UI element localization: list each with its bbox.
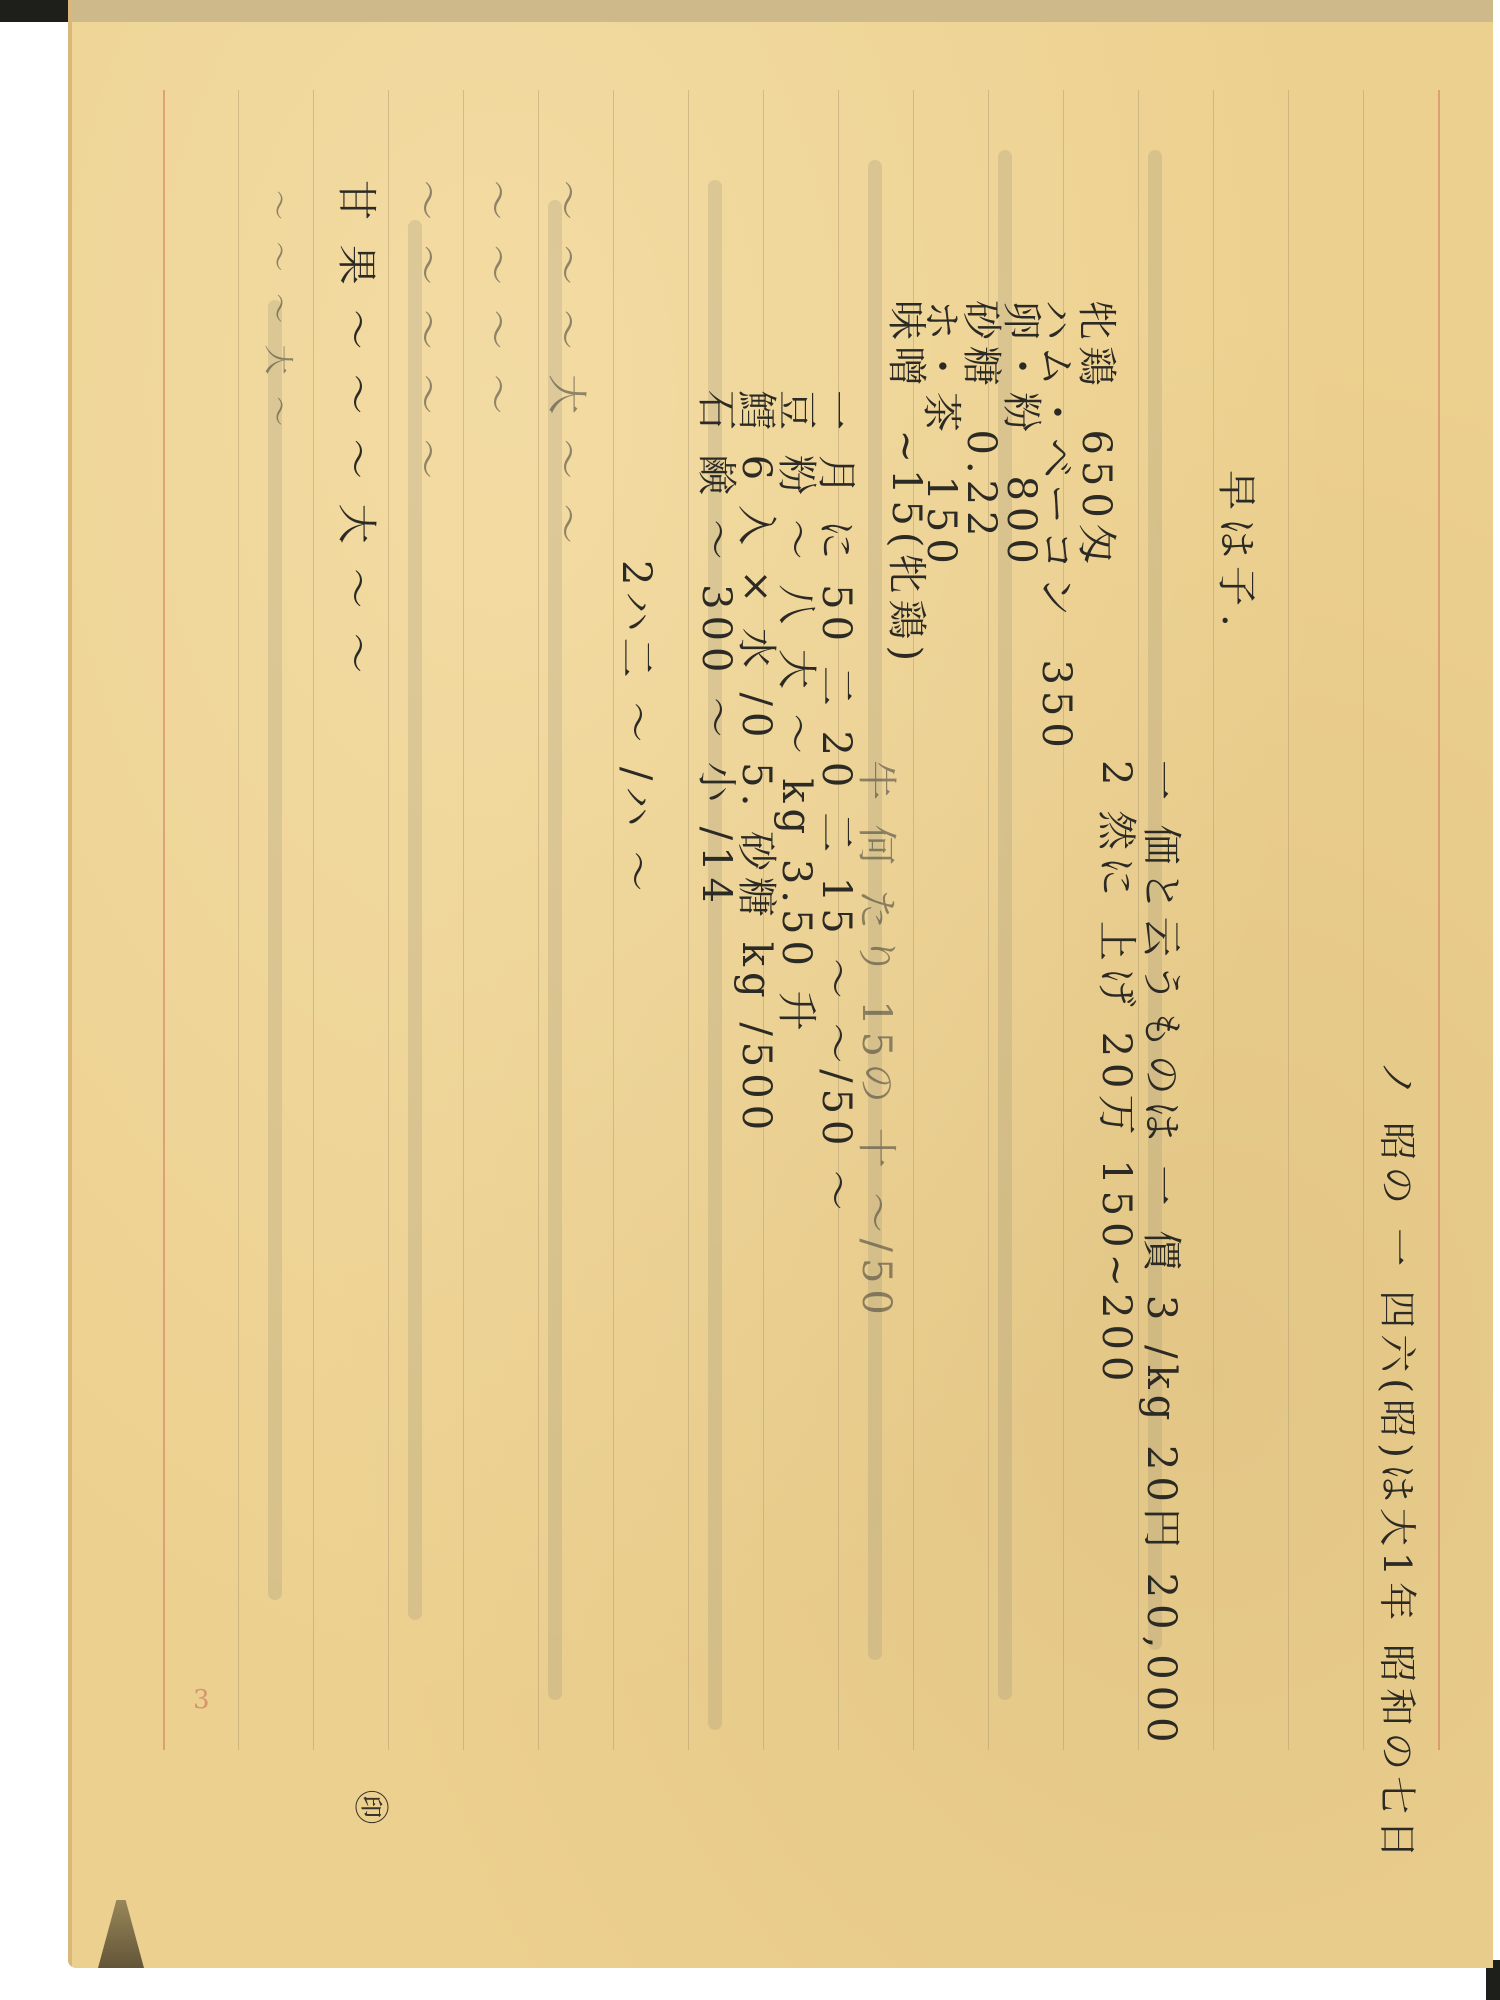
margin-line bbox=[163, 90, 165, 1750]
ruled-line bbox=[313, 90, 314, 1750]
ruled-line bbox=[538, 90, 539, 1750]
ruled-line bbox=[463, 90, 464, 1750]
list-item: 味噌 ~15(牝鶏) bbox=[881, 300, 938, 667]
ruled-line bbox=[1288, 90, 1289, 1750]
body-line: 2 然に 上げ 20万 150~200 bbox=[1091, 760, 1148, 1387]
body-line: 甘 果 〜 〜 〜 大 〜 〜 bbox=[331, 180, 388, 679]
ruled-line bbox=[238, 90, 239, 1750]
signature-stamp: ㊞ bbox=[349, 1790, 398, 1824]
ruled-line bbox=[1363, 90, 1364, 1750]
body-line: 〜 〜 〜 大 〜 〜 bbox=[541, 180, 598, 550]
scanner-clamp-shadow bbox=[98, 1900, 144, 1968]
list-item-value: 350 bbox=[1033, 659, 1079, 753]
margin-mark: 3 bbox=[193, 1685, 210, 1715]
margin-line bbox=[1438, 90, 1440, 1750]
bleed-through bbox=[268, 300, 282, 1600]
list-item-name: 味噌 bbox=[883, 300, 929, 392]
document-page: 早は子. ノ 昭の 一 四六(昭)は大1年 昭和の七日 牝鶏 650匁 ハム・ベ… bbox=[68, 0, 1493, 1968]
ruled-line bbox=[388, 90, 389, 1750]
body-line: 2ハ二 〜 /ハ 〜 bbox=[611, 560, 668, 897]
footer-note: 〜 〜 〜 大 〜 bbox=[259, 190, 303, 432]
scan-edge-strip bbox=[0, 0, 68, 22]
body-line: 〜 〜 〜 〜 〜 bbox=[401, 180, 458, 485]
ruled-line bbox=[688, 90, 689, 1750]
ruled-line bbox=[613, 90, 614, 1750]
paper-edge bbox=[68, 0, 72, 1968]
list-item-value: ~15(牝鶏) bbox=[883, 429, 929, 667]
ruled-line bbox=[1213, 90, 1214, 1750]
date-line: ノ 昭の 一 四六(昭)は大1年 昭和の七日 bbox=[1373, 1060, 1428, 1864]
body-line: 石 鹸 〜 300 〜 小 /14 bbox=[691, 390, 748, 909]
scan-top-band bbox=[68, 0, 1493, 22]
document-title: 早は子. bbox=[1211, 470, 1268, 635]
body-line: 〜 〜 〜 〜 bbox=[471, 180, 528, 420]
